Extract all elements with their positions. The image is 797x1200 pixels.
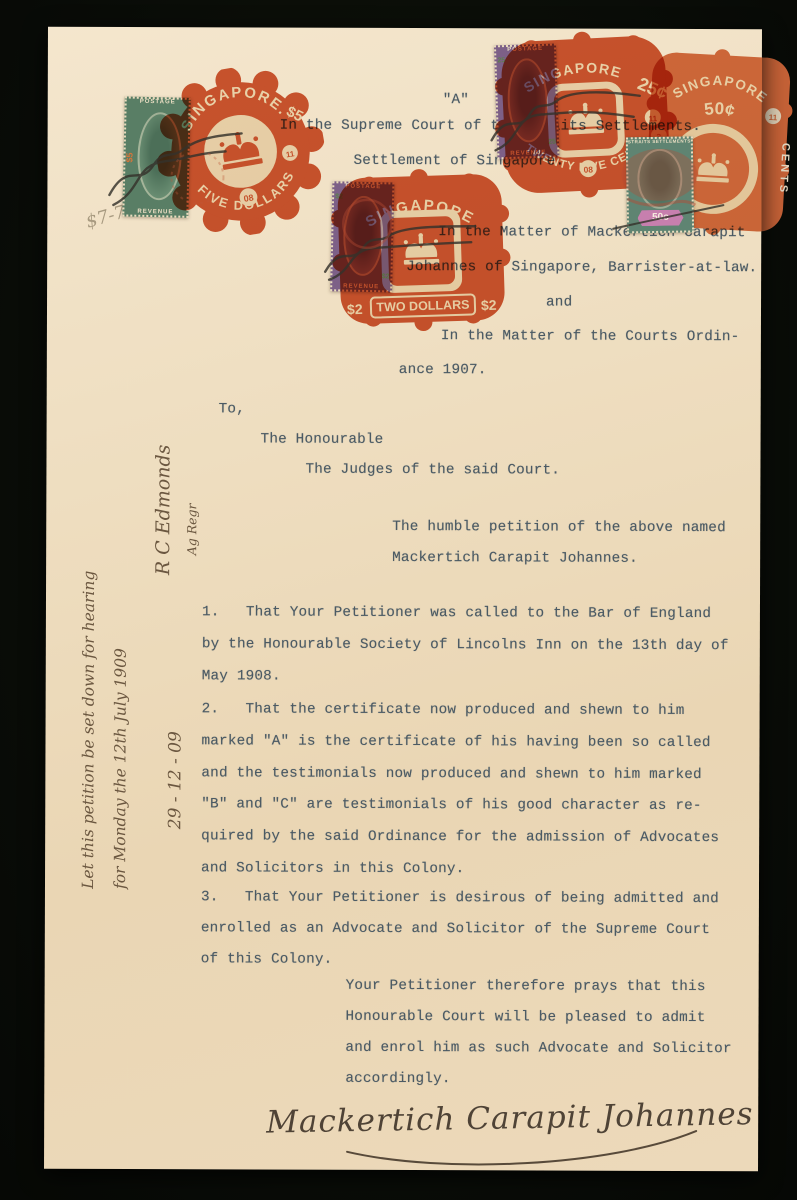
photo-background: "A" In the Supreme Court of the Straits …: [0, 0, 797, 1200]
prayer-line: Your Petitioner therefore prays that thi…: [346, 978, 706, 995]
embossed-stamp-5-dollars: SINGAPORE. FIVE DOLLARS $5 08 11: [143, 54, 337, 248]
svg-text:08: 08: [243, 192, 254, 204]
svg-text:11: 11: [769, 113, 778, 122]
petitioner-signature: Mackertich Carapit Johannes: [266, 1096, 754, 1141]
svg-text:08: 08: [583, 164, 593, 174]
body-line: 1. That Your Petitioner was called to th…: [202, 604, 711, 622]
prayer-line: and enrol him as such Advocate and Solic…: [345, 1040, 731, 1057]
svg-text:$2: $2: [481, 297, 497, 313]
svg-text:50¢: 50¢: [702, 98, 737, 121]
prayer-line: accordingly.: [345, 1071, 450, 1087]
body-line: of this Colony.: [201, 951, 333, 967]
body-line: quired by the said Ordinance for the adm…: [201, 828, 719, 846]
matter-line: and: [546, 294, 572, 310]
body-line: 3. That Your Petitioner is desirous of b…: [201, 889, 719, 907]
body-line: by the Honourable Society of Lincolns In…: [202, 636, 729, 654]
svg-text:$2: $2: [347, 301, 363, 317]
svg-text:TWO DOLLARS: TWO DOLLARS: [376, 298, 469, 315]
body-line: May 1908.: [202, 668, 281, 684]
prayer-line: Honourable Court will be pleased to admi…: [346, 1009, 706, 1026]
petition-intro-line: The humble petition of the above named: [392, 519, 726, 536]
body-line: "B" and "C" are testimonials of his good…: [201, 796, 701, 814]
embossed-stamp-2-dollars: SINGAPORE TWO DOLLARS $2 $2: [327, 165, 516, 337]
registrar-title: Ag Regr: [184, 485, 199, 555]
body-line: and the testimonials now produced and sh…: [201, 765, 701, 783]
body-line: marked "A" is the certificate of his hav…: [201, 733, 710, 751]
stamp-portrait-oval: [637, 149, 683, 210]
adhesive-stamp-50-cents: STRAITS SETTLEMENTS 50c: [626, 136, 694, 233]
petition-document-page: "A" In the Supreme Court of the Straits …: [44, 27, 762, 1171]
registrar-signature: R C Edmonds: [152, 417, 175, 575]
salutation-honourable: The Honourable: [261, 432, 384, 448]
exhibit-mark: "A": [443, 92, 469, 108]
body-line: enrolled as an Advocate and Solicitor of…: [201, 920, 710, 938]
stamp-value: 50c: [637, 210, 683, 227]
order-note-line2: for Monday the 12th July 1909: [111, 614, 130, 889]
stamp-label: STRAITS SETTLEMENTS: [626, 138, 693, 144]
order-note-date: 29 - 12 - 09: [165, 681, 186, 829]
salutation-judges: The Judges of the said Court.: [305, 462, 560, 479]
body-line: and Solicitors in this Colony.: [201, 860, 464, 877]
matter-line: ance 1907.: [399, 362, 487, 378]
petition-intro-line: Mackertich Carapit Johannes.: [392, 550, 638, 567]
stamp-value: $5: [124, 116, 138, 198]
salutation-to: To,: [219, 401, 245, 417]
order-note-line1: Let this petition be set down for hearin…: [79, 589, 98, 889]
body-line: 2. That the certificate now produced and…: [202, 701, 685, 719]
